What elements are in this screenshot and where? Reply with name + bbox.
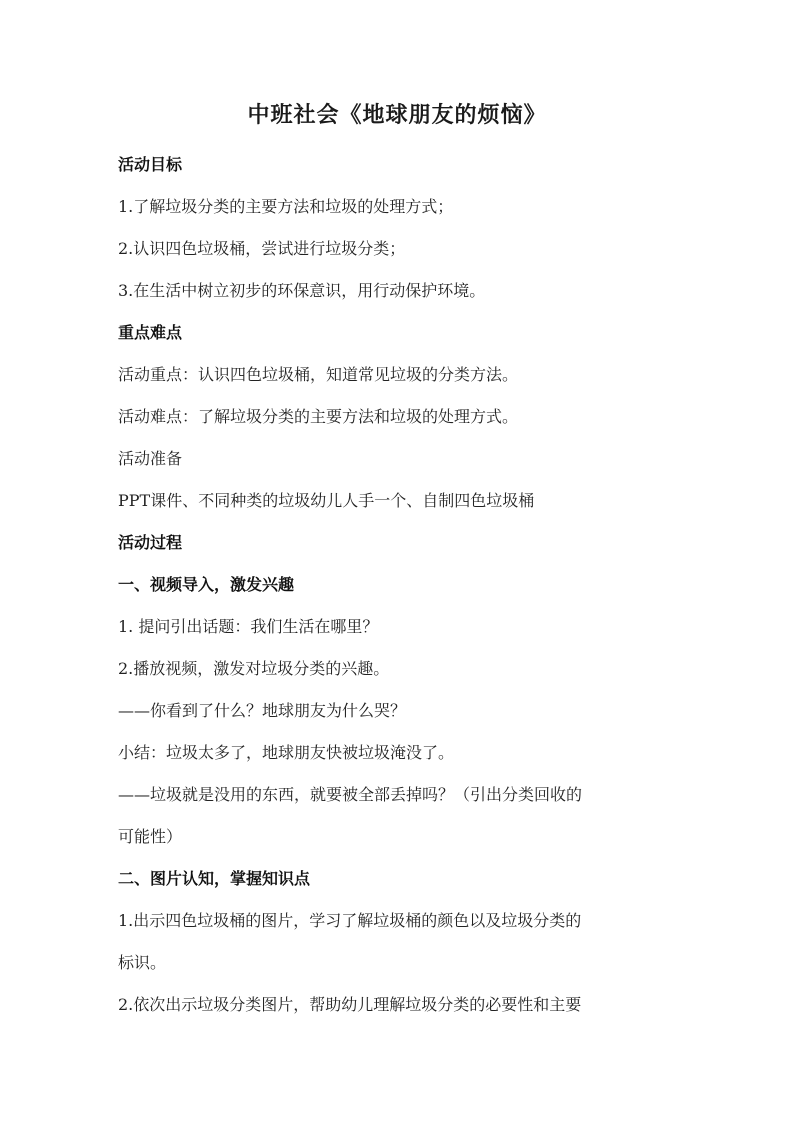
goal-item-2: 2.认识四色垃圾桶，尝试进行垃圾分类； [118,228,678,270]
subsection-heading-video: 一、视频导入，激发兴趣 [118,564,678,606]
question-line-1: ——你看到了什么？地球朋友为什么哭？ [118,690,678,732]
preparation-text: PPT课件、不同种类的垃圾幼儿人手一个、自制四色垃圾桶 [118,480,678,522]
summary-line: 小结：垃圾太多了，地球朋友快被垃圾淹没了。 [118,732,678,774]
picture-step-1: 1.出示四色垃圾桶的图片，学习了解垃圾桶的颜色以及垃圾分类的 [118,900,678,942]
section-heading-preparation: 活动准备 [118,438,678,480]
goal-item-1: 1.了解垃圾分类的主要方法和垃圾的处理方式； [118,186,678,228]
question-line-2: ——垃圾就是没用的东西，就要被全部丢掉吗？（引出分类回收的 [118,774,678,816]
document-page: 中班社会《地球朋友的烦恼》 活动目标 1.了解垃圾分类的主要方法和垃圾的处理方式… [0,0,794,1123]
picture-step-2: 2.依次出示垃圾分类图片，帮助幼儿理解垃圾分类的必要性和主要 [118,984,678,1026]
section-heading-goals: 活动目标 [118,144,678,186]
picture-step-1-continued: 标识。 [118,942,678,984]
document-body: 活动目标 1.了解垃圾分类的主要方法和垃圾的处理方式； 2.认识四色垃圾桶，尝试… [118,144,678,1026]
process-step-1: 1. 提问引出话题：我们生活在哪里？ [118,606,678,648]
document-title: 中班社会《地球朋友的烦恼》 [0,100,794,130]
key-point-difficulty: 活动难点：了解垃圾分类的主要方法和垃圾的处理方式。 [118,396,678,438]
section-heading-key-points: 重点难点 [118,312,678,354]
key-point-focus: 活动重点：认识四色垃圾桶，知道常见垃圾的分类方法。 [118,354,678,396]
question-line-2-continued: 可能性） [118,816,678,858]
goal-item-3: 3.在生活中树立初步的环保意识，用行动保护环境。 [118,270,678,312]
subsection-heading-pictures: 二、图片认知，掌握知识点 [118,858,678,900]
process-step-2: 2.播放视频，激发对垃圾分类的兴趣。 [118,648,678,690]
section-heading-process: 活动过程 [118,522,678,564]
